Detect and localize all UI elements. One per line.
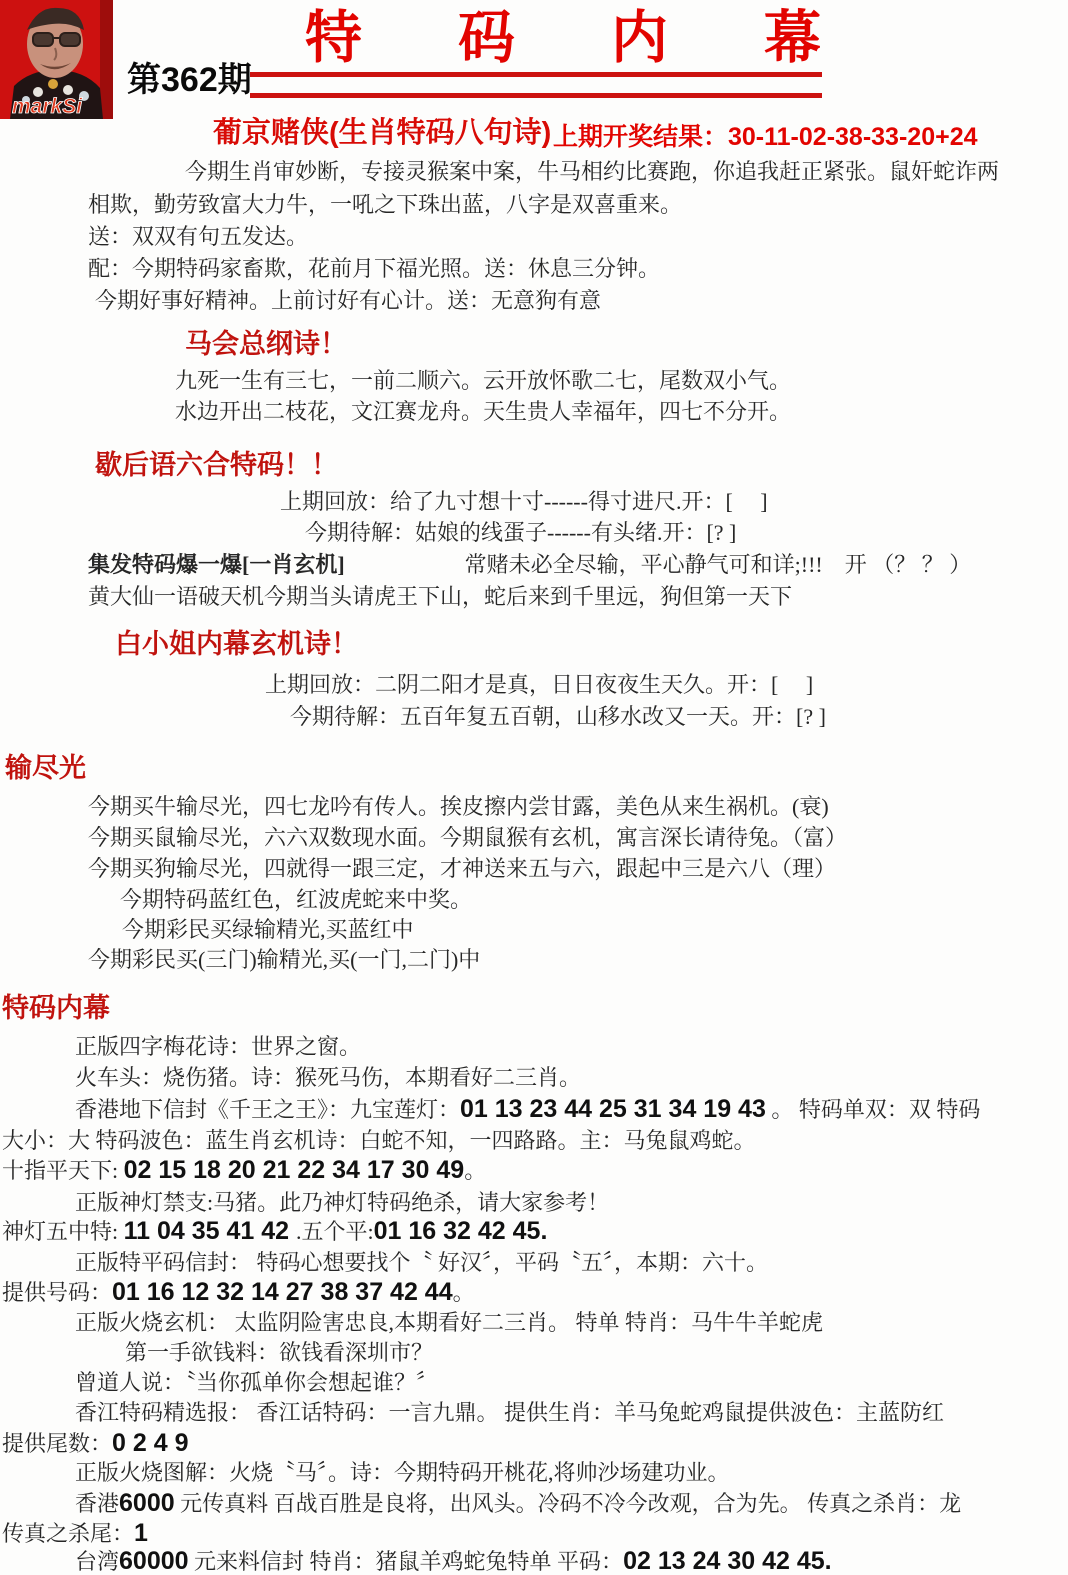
neimu-heading: 特码内幕 [2,986,110,1025]
shendeng-numbers: 11 04 35 41 42 [124,1217,296,1245]
wugeping-numbers: 01 16 32 42 45. [374,1217,548,1245]
neimu-line: 台湾60000 元来料信封 特肖：猪鼠羊鸡蛇兔特单 平码：02 13 24 30… [0,1546,1068,1575]
shizhi-numbers: 02 15 18 20 21 22 34 17 30 49 [124,1156,465,1184]
jiubaoliandeng-numbers: 01 13 23 44 25 31 34 19 43 [460,1095,766,1123]
lottery-tip-sheet: markSi 第362期 特码内幕 葡京赌侠(生肖特码八句诗) 上期开奖结果：3… [0,0,1068,1575]
mahui-heading: 马会总纲诗！ [185,322,347,361]
baixiaojie-heading: 白小姐内幕玄机诗！ [115,622,358,661]
neimu-line: 第一手欲钱料：欲钱看深圳市？ [0,1338,1068,1368]
neimu-line: 大小：大 特码波色：蓝生肖玄机诗：白蛇不知，一四路路。主：马兔鼠鸡蛇。 [0,1126,1068,1156]
marksix-portrait-photo: markSi [0,0,113,119]
header: markSi 第362期 特码内幕 葡京赌侠(生肖特码八句诗) 上期开奖结果：3… [0,0,1068,152]
jifa-bold-label: 集发特码爆一爆[一肖玄机] [88,552,345,577]
neimu-line: 十指平天下: 02 15 18 20 21 22 34 17 30 49。 [0,1155,1068,1186]
xiehouyu-line: 上期回放：给了九寸想十寸------得寸进尺.开：[ ] [0,487,1068,517]
shujinguang-line: 今期特码蓝红色，红波虎蛇来中奖。 [0,885,1068,915]
mahui-line: 水边开出二枝花，文江赛龙舟。天生贵人幸福年，四七不分开。 [0,397,1068,427]
neimu-line: 正版特平码信封： 特码心想要找个〝 好汉〞，平码〝五〞，本期：六十。 [0,1248,1068,1278]
intro-line: 相欺，勤劳致富大力牛，一吼之下珠出蓝，八字是双喜重来。 [0,190,1068,220]
xiehouyu-line: 今期待解：姑娘的线蛋子------有头绪.开：[? ] [0,518,1068,548]
intro-line: 配：今期特码家畜欺，花前月下福光照。送：休息三分钟。 [0,254,1068,284]
title-underline [250,72,822,98]
shujinguang-heading: 输尽光 [5,746,86,785]
baixiaojie-line: 上期回放：二阴二阳才是真，日日夜夜生天久。开：[ ] [0,670,1068,700]
neimu-line: 神灯五中特: 11 04 35 41 42 .五个平:01 16 32 42 4… [0,1216,1068,1247]
neimu-line: 提供号码：01 16 12 32 14 27 38 37 42 44。 [0,1277,1068,1308]
pingma-numbers: 02 13 24 30 42 45. [623,1547,832,1575]
neimu-line: 正版火烧玄机： 太监阴险害忠良,本期看好二三肖。 特单 特肖：马牛牛羊蛇虎 [0,1308,1068,1338]
shujinguang-line: 今期彩民买(三门)输精光,买(一门,二门)中 [0,945,1068,975]
neimu-line: 正版神灯禁支:马猪。此乃神灯特码绝杀，请大家参考！ [0,1188,1068,1218]
neimu-line: 正版四字梅花诗：世界之窗。 [0,1032,1068,1062]
xiehouyu-line: 黄大仙一语破天机今期当头请虎王下山，蛇后来到千里远，狗但第一天下 [0,582,1068,612]
shujinguang-line: 今期买狗输尽光，四就得一跟三定，才神送来五与六，跟起中三是六八（理） [0,854,1068,884]
xiehouyu-heading: 歇后语六合特码！！ [95,443,338,482]
hk-6000-amount: 6000 [119,1489,175,1517]
neimu-line: 香江特码精选报： 香江话特码：一言九鼎。 提供生肖：羊马兔蛇鸡鼠提供波色：主蓝防… [0,1398,1068,1428]
neimu-line: 香港地下信封《千王之王》：九宝莲灯：01 13 23 44 25 31 34 1… [0,1094,1068,1125]
intro-line: 送：双双有句五发达。 [0,222,1068,252]
intro-line: 今期好事好精神。上前讨好有心计。送：无意狗有意 [0,286,1068,316]
weishu-numbers: 0 2 4 9 [112,1429,188,1457]
neimu-line: 提供尾数：0 2 4 9 [0,1428,1068,1459]
tigong-numbers: 01 16 12 32 14 27 38 37 42 44 [112,1278,453,1306]
page-title: 特码内幕 [305,8,917,70]
neimu-line: 正版火烧图解：火烧〝马〞。诗：今期特码开桃花,将帅沙场建功业。 [0,1458,1068,1488]
shawei-number: 1 [134,1519,148,1547]
last-draw-result: 上期开奖结果：30-11-02-38-33-20+24 [553,117,978,153]
tw-60000-amount: 60000 [119,1547,189,1575]
xiehouyu-line: 集发特码爆一爆[一肖玄机]常赌未必全尽输，平心静气可和详;!!! 开 （？ ？ … [0,550,1068,580]
mahui-line: 九死一生有三七，一前二顺六。云开放怀歌二七，尾数双小气。 [0,366,1068,396]
marksix-logo-text: markSi [12,95,83,118]
baixiaojie-line: 今期待解：五百年复五百朝，山移水改又一天。开：[? ] [0,702,1068,732]
neimu-line: 火车头：烧伤猪。诗：猴死马伤，本期看好二三肖。 [0,1063,1068,1093]
neimu-line: 传真之杀尾：1 [0,1518,1068,1549]
shujinguang-line: 今期彩民买绿输精光,买蓝红中 [0,915,1068,945]
issue-number: 第362期 [127,52,252,101]
neimu-line: 香港6000 元传真料 百战百胜是良将，出风头。冷码不冷今改观，合为先。 传真之… [0,1488,1068,1519]
neimu-line: 曾道人说：〝当你孤单你会想起谁？〞 [0,1368,1068,1398]
shujinguang-line: 今期买鼠输尽光，六六双数现水面。今期鼠猴有玄机，寓言深长请待兔。（富） [0,823,1068,853]
section-subtitle: 葡京赌侠(生肖特码八句诗) [213,110,551,151]
shujinguang-line: 今期买牛输尽光，四七龙吟有传人。挨皮擦内尝甘露，美色从来生祸机。(衰) [0,792,1068,822]
intro-line: 今期生肖审妙断，专接灵猴案中案，牛马相约比赛跑，你追我赶正紧张。鼠奸蛇诈两 [0,157,1068,187]
